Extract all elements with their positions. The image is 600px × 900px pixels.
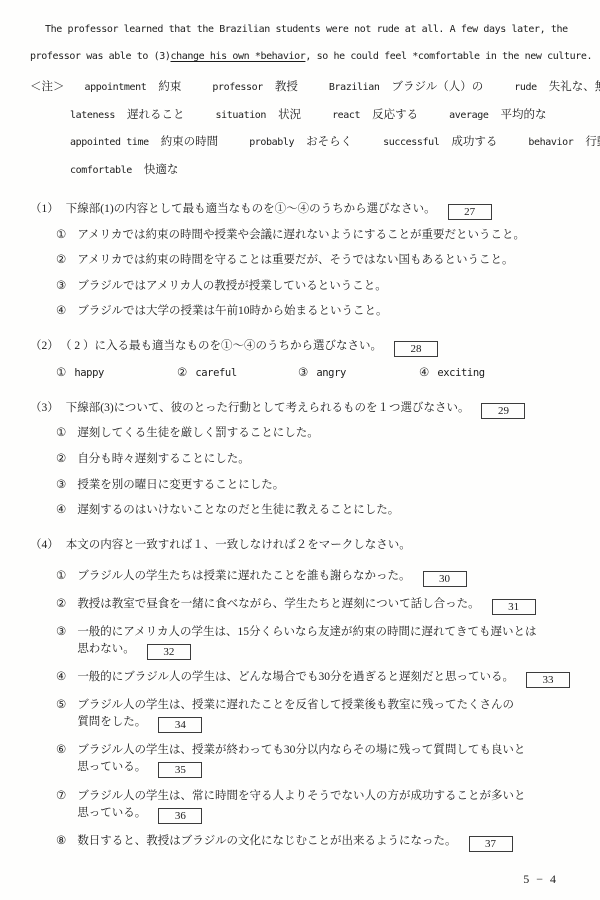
question-2-option-1: ①happy xyxy=(56,359,173,387)
note-en: rude xyxy=(514,82,536,93)
note-en: average xyxy=(449,110,488,121)
note-entry: probablyおそらく xyxy=(249,132,352,149)
item-text: 数日すると、教授はブラジルの文化になじむことが出来るようになった。 xyxy=(77,835,456,847)
note-entry: situation状況 xyxy=(215,105,301,122)
note-ja: 平均的な xyxy=(501,109,547,121)
item-text: ブラジル人の学生は、常に時間を守る人よりそうでない人の方が成功することが多いと xyxy=(77,790,525,802)
option-text: careful xyxy=(195,367,236,379)
option-number: ① xyxy=(56,367,66,379)
option-text: 遅刻してくる生徒を厳しく罰することにした。 xyxy=(77,427,319,439)
note-en: comfortable xyxy=(70,165,132,176)
question-1-header: （1）下線部(1)の内容として最も適当なものを①～④のうちから選びなさい。27 xyxy=(0,197,600,223)
passage-line-2: professor was able to (3)change his own … xyxy=(0,43,600,70)
item-text: 質問をした。 xyxy=(77,716,146,728)
question-4-item-8: ⑧ 数日すると、教授はブラジルの文化になじむことが出来るようになった。37 xyxy=(0,833,600,852)
option-text: 遅刻するのはいけないことなのだと生徒に教えることにした。 xyxy=(77,504,399,516)
note-ja: 快適な xyxy=(144,164,179,176)
question-3-text: 下線部(3)について、彼のとった行動として考えられるものを１つ選びなさい。 xyxy=(66,402,470,414)
notes-label: ＜注＞ xyxy=(30,81,65,93)
item-text: 思っている。 xyxy=(77,807,146,819)
answer-box-33: 33 xyxy=(526,672,570,688)
item-number: ⑦ xyxy=(56,788,66,805)
option-number: ④ xyxy=(419,367,429,379)
question-2-label: （2） xyxy=(30,340,59,352)
question-4-item-7: ⑦ ブラジル人の学生は、常に時間を守る人よりそうでない人の方が成功することが多い… xyxy=(0,788,600,824)
item-text: 教授は教室で昼食を一緒に食べながら、学生たちと遅刻について話し合った。 xyxy=(77,598,479,610)
note-ja: おそらく xyxy=(306,136,352,148)
item-text: 思わない。 xyxy=(77,643,135,655)
exam-page: The professor learned that the Brazilian… xyxy=(0,0,600,900)
question-1-option-1: ①アメリカでは約束の時間や授業や会議に遅れないようにすることが重要だということ。 xyxy=(0,223,600,249)
question-3-option-2: ②自分も時々遅刻することにした。 xyxy=(0,447,600,473)
question-4-item-5: ⑤ ブラジル人の学生は、授業に遅れたことを反省して授業後も教室に残ってたくさんの… xyxy=(0,697,600,733)
question-3-label: （3） xyxy=(30,402,59,414)
question-3-option-4: ④遅刻するのはいけないことなのだと生徒に教えることにした。 xyxy=(0,498,600,524)
option-text: exciting xyxy=(437,367,484,379)
note-en: successful xyxy=(383,137,439,148)
option-number: ① xyxy=(56,229,66,241)
note-en: lateness xyxy=(70,110,115,121)
note-entry: professor教授 xyxy=(212,77,298,94)
note-entry: appointed time約束の時間 xyxy=(70,132,218,149)
underlined-phrase-3: change his own *behavior xyxy=(171,51,306,62)
item-text: ブラジル人の学生は、授業に遅れたことを反省して授業後も教室に残ってたくさんの xyxy=(77,699,514,711)
note-entry: behavior行動 xyxy=(528,132,600,149)
note-entry: react反応する xyxy=(332,105,418,122)
option-number: ① xyxy=(56,427,66,439)
option-text: 自分も時々遅刻することにした。 xyxy=(77,453,250,465)
answer-box-34: 34 xyxy=(158,717,202,733)
question-1-option-3: ③ブラジルではアメリカ人の教授が授業しているということ。 xyxy=(0,274,600,300)
option-text: アメリカでは約束の時間を守ることは重要だが、そうではない国もあるということ。 xyxy=(77,254,513,266)
note-entry: rude失礼な、無作法な xyxy=(514,77,600,94)
note-en: react xyxy=(332,110,360,121)
passage-text: professor was able to (3) xyxy=(30,51,171,62)
note-entry: average平均的な xyxy=(449,105,546,122)
question-1-option-4: ④ブラジルでは大学の授業は午前10時から始まるということ。 xyxy=(0,299,600,325)
answer-box-32: 32 xyxy=(147,644,191,660)
note-ja: 遅れること xyxy=(127,109,185,121)
vocabulary-notes: ＜注＞ appointment約束 professor教授 Brazilianブ… xyxy=(0,73,600,183)
question-4-item-4: ④ 一般的にブラジル人の学生は、どんな場合でも30分を過ぎると遅刻だと思っている… xyxy=(0,669,600,688)
question-4-text: 本文の内容と一致すれば１、一致しなければ２をマークしなさい。 xyxy=(66,539,411,551)
question-2-header: （2）（ 2 ）に入る最も適当なものを①～④のうちから選びなさい。28 xyxy=(0,334,600,360)
passage-text: , so he could feel *comfortable in the n… xyxy=(305,51,592,62)
item-number: ② xyxy=(56,596,66,613)
note-entry: comfortable快適な xyxy=(70,160,178,177)
answer-box-30: 30 xyxy=(423,571,467,587)
question-1-option-2: ②アメリカでは約束の時間を守ることは重要だが、そうではない国もあるということ。 xyxy=(0,248,600,274)
note-ja: 行動 xyxy=(585,136,600,148)
note-ja: 約束 xyxy=(158,81,181,93)
note-entry: successful成功する xyxy=(383,132,497,149)
answer-box-31: 31 xyxy=(492,599,536,615)
question-2-options: ①happy ②careful ③angry ④exciting xyxy=(0,359,600,387)
question-4-item-1: ① ブラジル人の学生たちは授業に遅れたことを誰も謝らなかった。30 xyxy=(0,568,600,587)
option-number: ③ xyxy=(56,479,66,491)
item-text: 一般的にアメリカ人の学生は、15分くらいなら友達が約束の時間に遅れてきても遅いと… xyxy=(77,626,536,638)
option-number: ② xyxy=(56,254,66,266)
item-number: ⑥ xyxy=(56,742,66,759)
note-ja: 反応する xyxy=(372,109,418,121)
note-entry: lateness遅れること xyxy=(70,105,184,122)
answer-box-36: 36 xyxy=(158,808,202,824)
notes-row: comfortable快適な xyxy=(0,156,600,184)
option-text: アメリカでは約束の時間や授業や会議に遅れないようにすることが重要だということ。 xyxy=(77,229,525,241)
question-2-option-2: ②careful xyxy=(177,359,294,387)
answer-box-35: 35 xyxy=(158,762,202,778)
note-ja: 失礼な、無作法な xyxy=(549,81,600,93)
answer-box-27: 27 xyxy=(448,204,492,220)
option-number: ③ xyxy=(56,280,66,292)
answer-box-37: 37 xyxy=(469,836,513,852)
option-number: ④ xyxy=(56,305,66,317)
note-en: behavior xyxy=(528,137,573,148)
question-4-item-6: ⑥ ブラジル人の学生は、授業が終わっても30分以内ならその場に残って質問しても良… xyxy=(0,742,600,778)
option-number: ④ xyxy=(56,504,66,516)
note-en: professor xyxy=(212,82,263,93)
item-number: ⑤ xyxy=(56,697,66,714)
option-text: 授業を別の曜日に変更することにした。 xyxy=(77,479,284,491)
item-number: ③ xyxy=(56,624,66,641)
item-text: ブラジル人の学生たちは授業に遅れたことを誰も謝らなかった。 xyxy=(77,570,410,582)
question-4-item-2: ② 教授は教室で昼食を一緒に食べながら、学生たちと遅刻について話し合った。31 xyxy=(0,596,600,615)
question-4-header: （4）本文の内容と一致すれば１、一致しなければ２をマークしなさい。 xyxy=(0,533,600,559)
note-entry: Brazilianブラジル（人）の xyxy=(329,77,483,94)
note-ja: ブラジル（人）の xyxy=(392,81,484,93)
notes-row: appointed time約束の時間 probablyおそらく success… xyxy=(0,128,600,156)
question-1-text: 下線部(1)の内容として最も適当なものを①～④のうちから選びなさい。 xyxy=(66,203,436,215)
item-text: 思っている。 xyxy=(77,761,146,773)
note-ja: 約束の時間 xyxy=(161,136,219,148)
note-en: Brazilian xyxy=(329,82,380,93)
note-en: probably xyxy=(249,137,294,148)
note-en: situation xyxy=(215,110,266,121)
item-number: ④ xyxy=(56,669,66,686)
option-text: angry xyxy=(316,367,346,379)
question-2-text: （ 2 ）に入る最も適当なものを①～④のうちから選びなさい。 xyxy=(66,340,382,352)
option-number: ② xyxy=(177,367,187,379)
item-number: ⑧ xyxy=(56,833,66,850)
note-ja: 状況 xyxy=(278,109,301,121)
answer-box-29: 29 xyxy=(481,403,525,419)
question-2-option-4: ④exciting xyxy=(419,359,536,387)
note-ja: 教授 xyxy=(275,81,298,93)
passage-text: The professor learned that the Brazilian… xyxy=(45,24,568,35)
note-en: appointment xyxy=(85,82,147,93)
question-3-header: （3）下線部(3)について、彼のとった行動として考えられるものを１つ選びなさい。… xyxy=(0,396,600,422)
option-text: ブラジルでは大学の授業は午前10時から始まるということ。 xyxy=(77,305,387,317)
notes-row: lateness遅れること situation状況 react反応する aver… xyxy=(0,101,600,129)
option-number: ② xyxy=(56,453,66,465)
question-3-option-3: ③授業を別の曜日に変更することにした。 xyxy=(0,473,600,499)
page-number: 5 − 4 xyxy=(523,872,558,887)
item-text: 一般的にブラジル人の学生は、どんな場合でも30分を過ぎると遅刻だと思っている。 xyxy=(77,671,514,683)
note-ja: 成功する xyxy=(451,136,497,148)
item-number: ① xyxy=(56,568,66,585)
question-1-label: （1） xyxy=(30,203,59,215)
answer-box-28: 28 xyxy=(394,341,438,357)
passage-line-1: The professor learned that the Brazilian… xyxy=(0,0,600,43)
notes-row: ＜注＞ appointment約束 professor教授 Brazilianブ… xyxy=(0,73,600,101)
item-text: ブラジル人の学生は、授業が終わっても30分以内ならその場に残って質問しても良いと xyxy=(77,744,525,756)
option-text: happy xyxy=(74,367,104,379)
note-entry: appointment約束 xyxy=(85,77,182,94)
note-en: appointed time xyxy=(70,137,149,148)
option-text: ブラジルではアメリカ人の教授が授業しているということ。 xyxy=(77,280,386,292)
question-3-option-1: ①遅刻してくる生徒を厳しく罰することにした。 xyxy=(0,421,600,447)
question-4-label: （4） xyxy=(30,539,59,551)
option-number: ③ xyxy=(298,367,308,379)
question-4-item-3: ③ 一般的にアメリカ人の学生は、15分くらいなら友達が約束の時間に遅れてきても遅… xyxy=(0,624,600,660)
question-2-option-3: ③angry xyxy=(298,359,415,387)
